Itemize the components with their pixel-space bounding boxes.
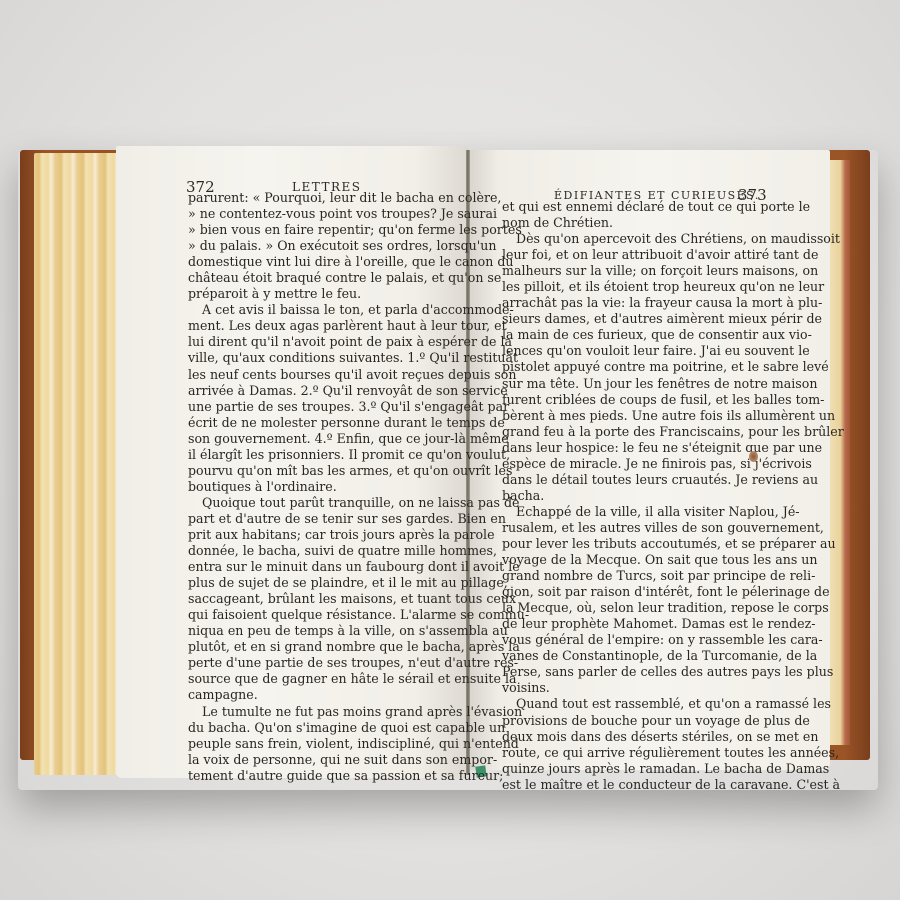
text-line: écrit de ne molester personne durant le … [188, 415, 456, 431]
text-line: préparoit à y mettre le feu. [188, 286, 456, 302]
text-line: bacha. [502, 488, 784, 504]
text-line: deux mois dans des déserts stériles, on … [502, 729, 784, 745]
text-line: arrachât pas la vie: la frayeur causa la… [502, 295, 784, 311]
text-line: tement d'autre guide que sa passion et s… [188, 768, 456, 784]
text-line: sur ma tête. Un jour les fenêtres de not… [502, 376, 784, 392]
text-line: vous général de l'empire: on y rassemble… [502, 632, 784, 648]
text-line: une partie de ses troupes. 3.º Qu'il s'e… [188, 399, 456, 415]
left-page-body: parurent: « Pourquoi, leur dit le bacha … [188, 190, 456, 784]
text-line: quinze jours après le ramadan. Le bacha … [502, 761, 784, 777]
text-line: vanes de Constantinople, de la Turcomani… [502, 648, 784, 664]
text-line: saccageant, brûlant les maisons, et tuan… [188, 591, 456, 607]
text-line: les neuf cents bourses qu'il avoit reçue… [188, 367, 456, 383]
text-line: A cet avis il baissa le ton, et parla d'… [188, 302, 456, 318]
text-line: arrivée à Damas. 2.º Qu'il renvoyât de s… [188, 383, 456, 399]
text-line: grand feu à la porte des Franciscains, p… [502, 424, 784, 440]
text-line: leur foi, et on leur attribuoit d'avoir … [502, 247, 784, 263]
text-line: grand nombre de Turcs, soit par principe… [502, 568, 784, 584]
text-line: la main de ces furieux, que de consentir… [502, 327, 784, 343]
text-line: son gouvernement. 4.º Enfin, que ce jour… [188, 431, 456, 447]
text-line: pistolet appuyé contre ma poitrine, et l… [502, 359, 784, 375]
ink-stain [749, 451, 758, 462]
text-line: gion, soit par raison d'intérêt, font le… [502, 584, 784, 600]
text-line: sieurs dames, et d'autres aimèrent mieux… [502, 311, 784, 327]
text-line: les pilloit, et ils étoient trop heureux… [502, 279, 784, 295]
text-line: Le tumulte ne fut pas moins grand après … [188, 704, 456, 720]
text-line: ment. Les deux agas parlèrent haut à leu… [188, 318, 456, 334]
text-line: provisions de bouche pour un voyage de p… [502, 713, 784, 729]
text-line: peuple sans frein, violent, indiscipliné… [188, 736, 456, 752]
text-line: pourvu qu'on mît bas les armes, et qu'on… [188, 463, 456, 479]
text-line: plus de sujet de se plaindre, et il le m… [188, 575, 456, 591]
text-line: Quand tout est rassemblé, et qu'on a ram… [502, 696, 784, 712]
text-line: nom de Chrétien. [502, 215, 784, 231]
text-line: campagne. [188, 687, 456, 703]
text-line: route, ce qui arrive régulièrement toute… [502, 745, 784, 761]
text-line: plutôt, et en si grand nombre que le bac… [188, 639, 456, 655]
text-line: la voix de personne, qui ne suit dans so… [188, 752, 456, 768]
text-line: du bacha. Qu'on s'imagine de quoi est ca… [188, 720, 456, 736]
text-line: entra sur le minuit dans un faubourg don… [188, 559, 456, 575]
text-line: Dès qu'on apercevoit des Chrétiens, on m… [502, 231, 784, 247]
text-line: Echappé de la ville, il alla visiter Nap… [502, 504, 784, 520]
text-line: domestique vint lui dire à l'oreille, qu… [188, 254, 456, 270]
text-line: espèce de miracle. Je ne finirois pas, s… [502, 456, 784, 472]
text-line: et qui est ennemi déclaré de tout ce qui… [502, 199, 784, 215]
right-page-body: et qui est ennemi déclaré de tout ce qui… [502, 199, 784, 793]
text-line: ville, qu'aux conditions suivantes. 1.º … [188, 350, 456, 366]
text-line: niqua en peu de temps à la ville, on s'a… [188, 623, 456, 639]
text-line: château étoit braqué contre le palais, e… [188, 270, 456, 286]
text-line: prit aux habitans; car trois jours après… [188, 527, 456, 543]
text-line: part et d'autre de se tenir sur ses gard… [188, 511, 456, 527]
text-line: Perse, sans parler de celles des autres … [502, 664, 784, 680]
text-line: source que de gagner en hâte le sérail e… [188, 671, 456, 687]
text-line: voisins. [502, 680, 784, 696]
text-line: » ne contentez-vous point vos troupes? J… [188, 206, 456, 222]
text-line: rusalem, et les autres villes de son gou… [502, 520, 784, 536]
left-page-edges [34, 153, 118, 775]
text-line: malheurs sur la ville; on forçoit leurs … [502, 263, 784, 279]
text-line: de leur prophète Mahomet. Damas est le r… [502, 616, 784, 632]
text-line: Quoique tout parût tranquille, on ne lai… [188, 495, 456, 511]
text-line: voyage de la Mecque. On sait que tous le… [502, 552, 784, 568]
text-line: il élargît les prisonniers. Il promit ce… [188, 447, 456, 463]
text-line: est le maître et le conducteur de la car… [502, 777, 784, 793]
text-line: boutiques à l'ordinaire. [188, 479, 456, 495]
text-line: qui faisoient quelque résistance. L'alar… [188, 607, 456, 623]
text-line: lences qu'on vouloit leur faire. J'ai eu… [502, 343, 784, 359]
text-line: dans leur hospice: le feu ne s'éteignit … [502, 440, 784, 456]
text-line: bèrent à mes pieds. Une autre fois ils a… [502, 408, 784, 424]
text-line: perte d'une partie de ses troupes, n'eut… [188, 655, 456, 671]
text-line: lui dirent qu'il n'avoit point de paix à… [188, 334, 456, 350]
text-line: » bien vous en faire repentir; qu'on fer… [188, 222, 456, 238]
text-line: pour lever les tributs accoutumés, et se… [502, 536, 784, 552]
text-line: la Mecque, où, selon leur tradition, rep… [502, 600, 784, 616]
text-line: » du palais. » On exécutoit ses ordres, … [188, 238, 456, 254]
text-line: parurent: « Pourquoi, leur dit le bacha … [188, 190, 456, 206]
text-line: donnée, le bacha, suivi de quatre mille … [188, 543, 456, 559]
text-line: furent criblées de coups de fusil, et le… [502, 392, 784, 408]
text-line: dans le détail toutes leurs cruautés. Je… [502, 472, 784, 488]
